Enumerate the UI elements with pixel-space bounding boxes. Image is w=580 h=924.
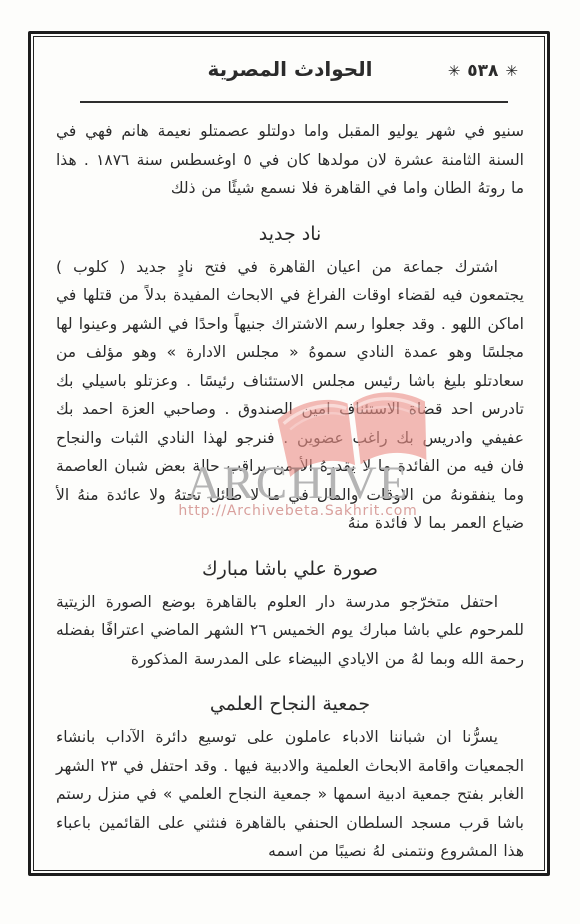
- paragraph-continuation: سنيو في شهر يوليو المقبل واما دولتلو عصم…: [56, 117, 524, 203]
- header-rule: [80, 101, 508, 103]
- page-frame: الحوادث المصرية ✳ ٥٣٨ ✳ سنيو في شهر يولي…: [28, 31, 550, 876]
- page-number-group: ✳ ٥٣٨ ✳: [448, 61, 518, 81]
- scanned-page: الحوادث المصرية ✳ ٥٣٨ ✳ سنيو في شهر يولي…: [0, 0, 580, 924]
- page-header: الحوادث المصرية ✳ ٥٣٨ ✳: [56, 49, 524, 91]
- page-number: ٥٣٨: [467, 61, 498, 81]
- page-frame-inner: الحوادث المصرية ✳ ٥٣٨ ✳ سنيو في شهر يولي…: [33, 36, 545, 871]
- section-body-scientific-success-society: يسرُّنا ان شباننا الادباء عاملون على توس…: [56, 723, 524, 866]
- section-heading-scientific-success-society: جمعية النجاح العلمي: [56, 693, 524, 715]
- section-heading-mubarak-portrait: صورة علي باشا مبارك: [56, 558, 524, 580]
- article-body: سنيو في شهر يوليو المقبل واما دولتلو عصم…: [56, 117, 524, 866]
- section-heading-new-club: ناد جديد: [56, 223, 524, 245]
- ornament-left-icon: ✳: [448, 62, 461, 80]
- section-body-new-club: اشترك جماعة من اعيان القاهرة في فتح نادٍ…: [56, 253, 524, 538]
- ornament-right-icon: ✳: [505, 62, 518, 80]
- section-body-mubarak-portrait: احتفل متخرّجو مدرسة دار العلوم بالقاهرة …: [56, 588, 524, 674]
